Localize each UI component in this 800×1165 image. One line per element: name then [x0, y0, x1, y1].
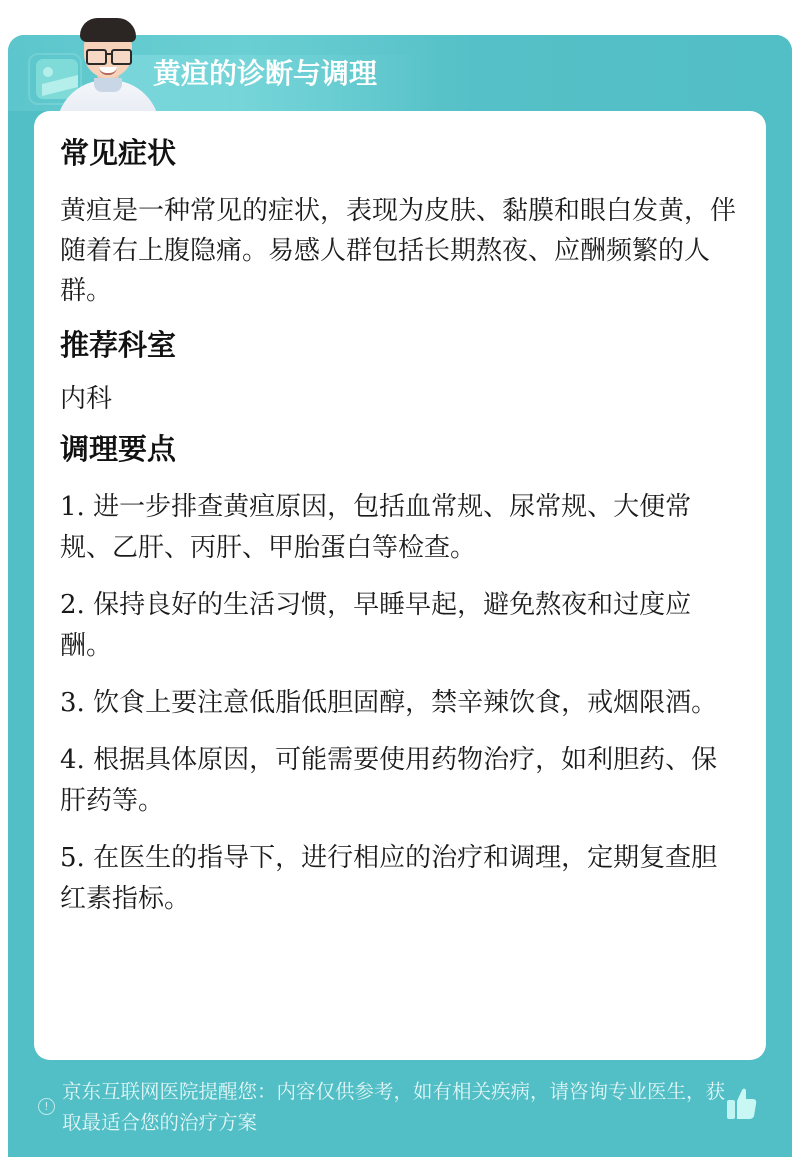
care-item: 5. 在医生的指导下，进行相应的治疗和调理，定期复查胆红素指标。: [60, 838, 740, 920]
section-title-symptoms: 常见症状: [60, 133, 740, 173]
glasses-icon: [86, 49, 107, 65]
symptoms-text: 黄疸是一种常见的症状，表现为皮肤、黏膜和眼白发黄，伴随着右上腹隐痛。易感人群包括…: [60, 191, 740, 311]
care-item-number: 4.: [60, 745, 85, 775]
thumbs-up-icon[interactable]: [726, 1087, 758, 1121]
disclaimer-text: 京东互联网医院提醒您：内容仅供参考，如有相关疾病，请咨询专业医生，获取最适合您的…: [62, 1076, 732, 1138]
card-content: 常见症状 黄疸是一种常见的症状，表现为皮肤、黏膜和眼白发黄，伴随着右上腹隐痛。易…: [60, 133, 740, 936]
care-item-text: 饮食上要注意低脂低胆固醇，禁辛辣饮食，戒烟限酒。: [85, 688, 717, 718]
page-title: 黄疸的诊断与调理: [153, 52, 377, 92]
care-item-text: 保持良好的生活习惯，早睡早起，避免熬夜和过度应酬。: [60, 590, 691, 661]
care-item-number: 5.: [60, 843, 85, 873]
glasses-bridge: [106, 53, 112, 55]
avatar: [48, 10, 168, 112]
care-item-number: 3.: [60, 688, 85, 718]
info-icon: !: [38, 1098, 55, 1115]
care-item: 1. 进一步排查黄疸原因，包括血常规、尿常规、大便常规、乙肝、丙肝、甲胎蛋白等检…: [60, 487, 740, 569]
glasses-icon: [111, 49, 132, 65]
care-item: 4. 根据具体原因，可能需要使用药物治疗，如利胆药、保肝药等。: [60, 740, 740, 822]
care-item-text: 在医生的指导下，进行相应的治疗和调理，定期复查胆红素指标。: [60, 843, 717, 914]
department-text: 内科: [60, 379, 740, 419]
care-item-text: 根据具体原因，可能需要使用药物治疗，如利胆药、保肝药等。: [60, 745, 717, 816]
care-item-text: 进一步排查黄疸原因，包括血常规、尿常规、大便常规、乙肝、丙肝、甲胎蛋白等检查。: [60, 492, 691, 563]
info-card: 常见症状 黄疸是一种常见的症状，表现为皮肤、黏膜和眼白发黄，伴随着右上腹隐痛。易…: [34, 111, 766, 1060]
section-title-care: 调理要点: [60, 429, 740, 469]
avatar-collar: [94, 78, 122, 92]
disclaimer-footer: ! 京东互联网医院提醒您：内容仅供参考，如有相关疾病，请咨询专业医生，获取最适合…: [8, 1075, 792, 1145]
care-item-number: 1.: [60, 492, 85, 522]
avatar-hair: [80, 18, 136, 42]
header-band: 黄疸的诊断与调理: [8, 35, 792, 111]
content-panel: 黄疸的诊断与调理 常见症状 黄疸是一种常见的症状，表现为皮肤、黏膜和眼白发黄，伴…: [8, 35, 792, 1157]
section-title-department: 推荐科室: [60, 325, 740, 365]
care-item-number: 2.: [60, 590, 85, 620]
care-item: 2. 保持良好的生活习惯，早睡早起，避免熬夜和过度应酬。: [60, 585, 740, 667]
care-item: 3. 饮食上要注意低脂低胆固醇，禁辛辣饮食，戒烟限酒。: [60, 683, 740, 724]
